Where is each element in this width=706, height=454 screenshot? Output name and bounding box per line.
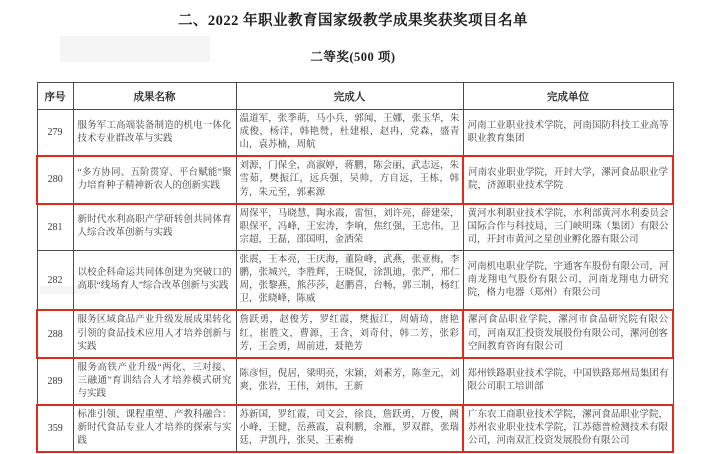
cell-completing-units: 黄河水利职业技术学院，水利部黄河水利委员会国际合作与科技局，三门峡明珠（集团）有… — [463, 204, 673, 251]
table-header-row: 序号 成果名称 完成人 完成单位 — [37, 83, 673, 110]
cell-completing-units: 河南机电职业学院，宇通客车股份有限公司，河南龙翔电气股份有限公司，河南龙翔电力研… — [463, 250, 673, 310]
header-cell-no: 序号 — [37, 83, 73, 110]
page-title: 二、2022 年职业教育国家级教学成果奖获奖项目名单 — [0, 9, 706, 30]
cell-completers: 温道军，张季萌，马小兵，郭闻，王娜，张玉华，朱成俊，杨洋，韩艳赞，杜建根，赵冉，… — [236, 110, 463, 157]
table-row: 359 标准引领、课程重塑、产教科融合：新时代食品专业人才培养的探索与实践 苏新… — [37, 405, 673, 452]
cell-serial-number: 280 — [37, 156, 73, 203]
cell-completing-units: 郑州铁路职业技术学院，中国铁路郑州局集团有限公司职工培训部 — [463, 358, 673, 405]
table-row: 282 以校企科命运共同体创建为突破口的高职“线场育人”综合改革创新与实践 张震… — [37, 250, 673, 310]
cell-completers: 陈彦恒，倪居，梁明亮，宋颖，刘素芳，陈奎元，刘爽，张岩，王伟，刘伟，王新 — [236, 358, 463, 405]
cell-completers: 周保平，马晓慧，陶永霞，雷恒，刘许亮，薛建荣，职保平，冯峰，王宏涛，李响，焦红强… — [236, 204, 463, 251]
cell-achievement-name: 服务区域食品产业升级发展成果转化引领的食品技术应用人才培养创新与实践 — [73, 310, 236, 357]
cell-completers: 苏新国，罗红霞，司文会，徐良，詹跃勇，万俊，阙小峰，王健，岳燕霞，袁利鹏，余雁，… — [236, 405, 463, 452]
cell-completers: 刘源，门保全，高淑婷，蒋鹏，陈会丽，武志远，朱雪茹，樊振江，远兵强，吴帅，方自远… — [236, 156, 463, 203]
table-row: 280 “多方协同、五阶贯穿、平台赋能”聚力培育种子精神新农人的创新实践 刘源，… — [37, 156, 673, 203]
table-row: 281 新时代水利高职产学研转创共同体育人综合改革创新与实践 周保平，马晓慧，陶… — [37, 204, 673, 251]
cell-serial-number: 289 — [37, 358, 73, 405]
results-table: 序号 成果名称 完成人 完成单位 279 服务军工高端装备制造的机电一体化技术专… — [36, 82, 674, 453]
header-cell-name: 成果名称 — [73, 83, 236, 110]
cell-achievement-name: 服务高铁产业升级“两化、三对接、三融通”育训结合人才培养模式研究与实践 — [73, 358, 236, 405]
header-cell-people: 完成人 — [236, 83, 463, 110]
cell-achievement-name: 标准引领、课程重塑、产教科融合：新时代食品专业人才培养的探索与实践 — [73, 405, 236, 452]
cell-completing-units: 广东农工商职业技术学院，漯河食品职业学院，苏州农业职业技术学院，江苏德普检测技术… — [463, 405, 673, 452]
cell-completing-units: 河南农业职业学院，开封大学，漯河食品职业学院，济源职业技术学院 — [463, 156, 673, 203]
cell-serial-number: 282 — [37, 250, 73, 310]
cell-completers: 詹跃勇，赵俊芳，罗红霞，樊振江，周婧琦，唐艳红，崔胜文，曹源，王含，刘奇付，韩二… — [236, 310, 463, 357]
cell-serial-number: 359 — [37, 405, 73, 452]
results-table-body: 279 服务军工高端装备制造的机电一体化技术专业群改革与实践 温道军，张季萌，马… — [37, 110, 673, 453]
cell-serial-number: 279 — [37, 110, 73, 157]
cell-completers: 张震，王本亮，王庆海，董险峰，武燕，张亚梅，李鹏，张城兴，李胜辉，王晓侃，涂凯迪… — [236, 250, 463, 310]
cell-achievement-name: “多方协同、五阶贯穿、平台赋能”聚力培育种子精神新农人的创新实践 — [73, 156, 236, 203]
cell-completing-units: 漯河食品职业学院，漯河市食品研究院有限公司，河南双汇投资发展股份有限公司，漯河创… — [463, 310, 673, 357]
cell-achievement-name: 以校企科命运共同体创建为突破口的高职“线场育人”综合改革创新与实践 — [73, 250, 236, 310]
table-row: 288 服务区域食品产业升级发展成果转化引领的食品技术应用人才培养创新与实践 詹… — [37, 310, 673, 357]
cell-completing-units: 河南工业职业技术学院，河南国防科技工业高等职业教育集团 — [463, 110, 673, 157]
page-subtitle: 二等奖(500 项) — [0, 47, 706, 65]
table-row: 279 服务军工高端装备制造的机电一体化技术专业群改革与实践 温道军，张季萌，马… — [37, 110, 673, 157]
cell-achievement-name: 新时代水利高职产学研转创共同体育人综合改革创新与实践 — [73, 204, 236, 251]
header-cell-units: 完成单位 — [463, 83, 673, 110]
table-row: 289 服务高铁产业升级“两化、三对接、三融通”育训结合人才培养模式研究与实践 … — [37, 358, 673, 405]
cell-serial-number: 281 — [37, 204, 73, 251]
cell-achievement-name: 服务军工高端装备制造的机电一体化技术专业群改革与实践 — [73, 110, 236, 157]
cell-serial-number: 288 — [37, 310, 73, 357]
